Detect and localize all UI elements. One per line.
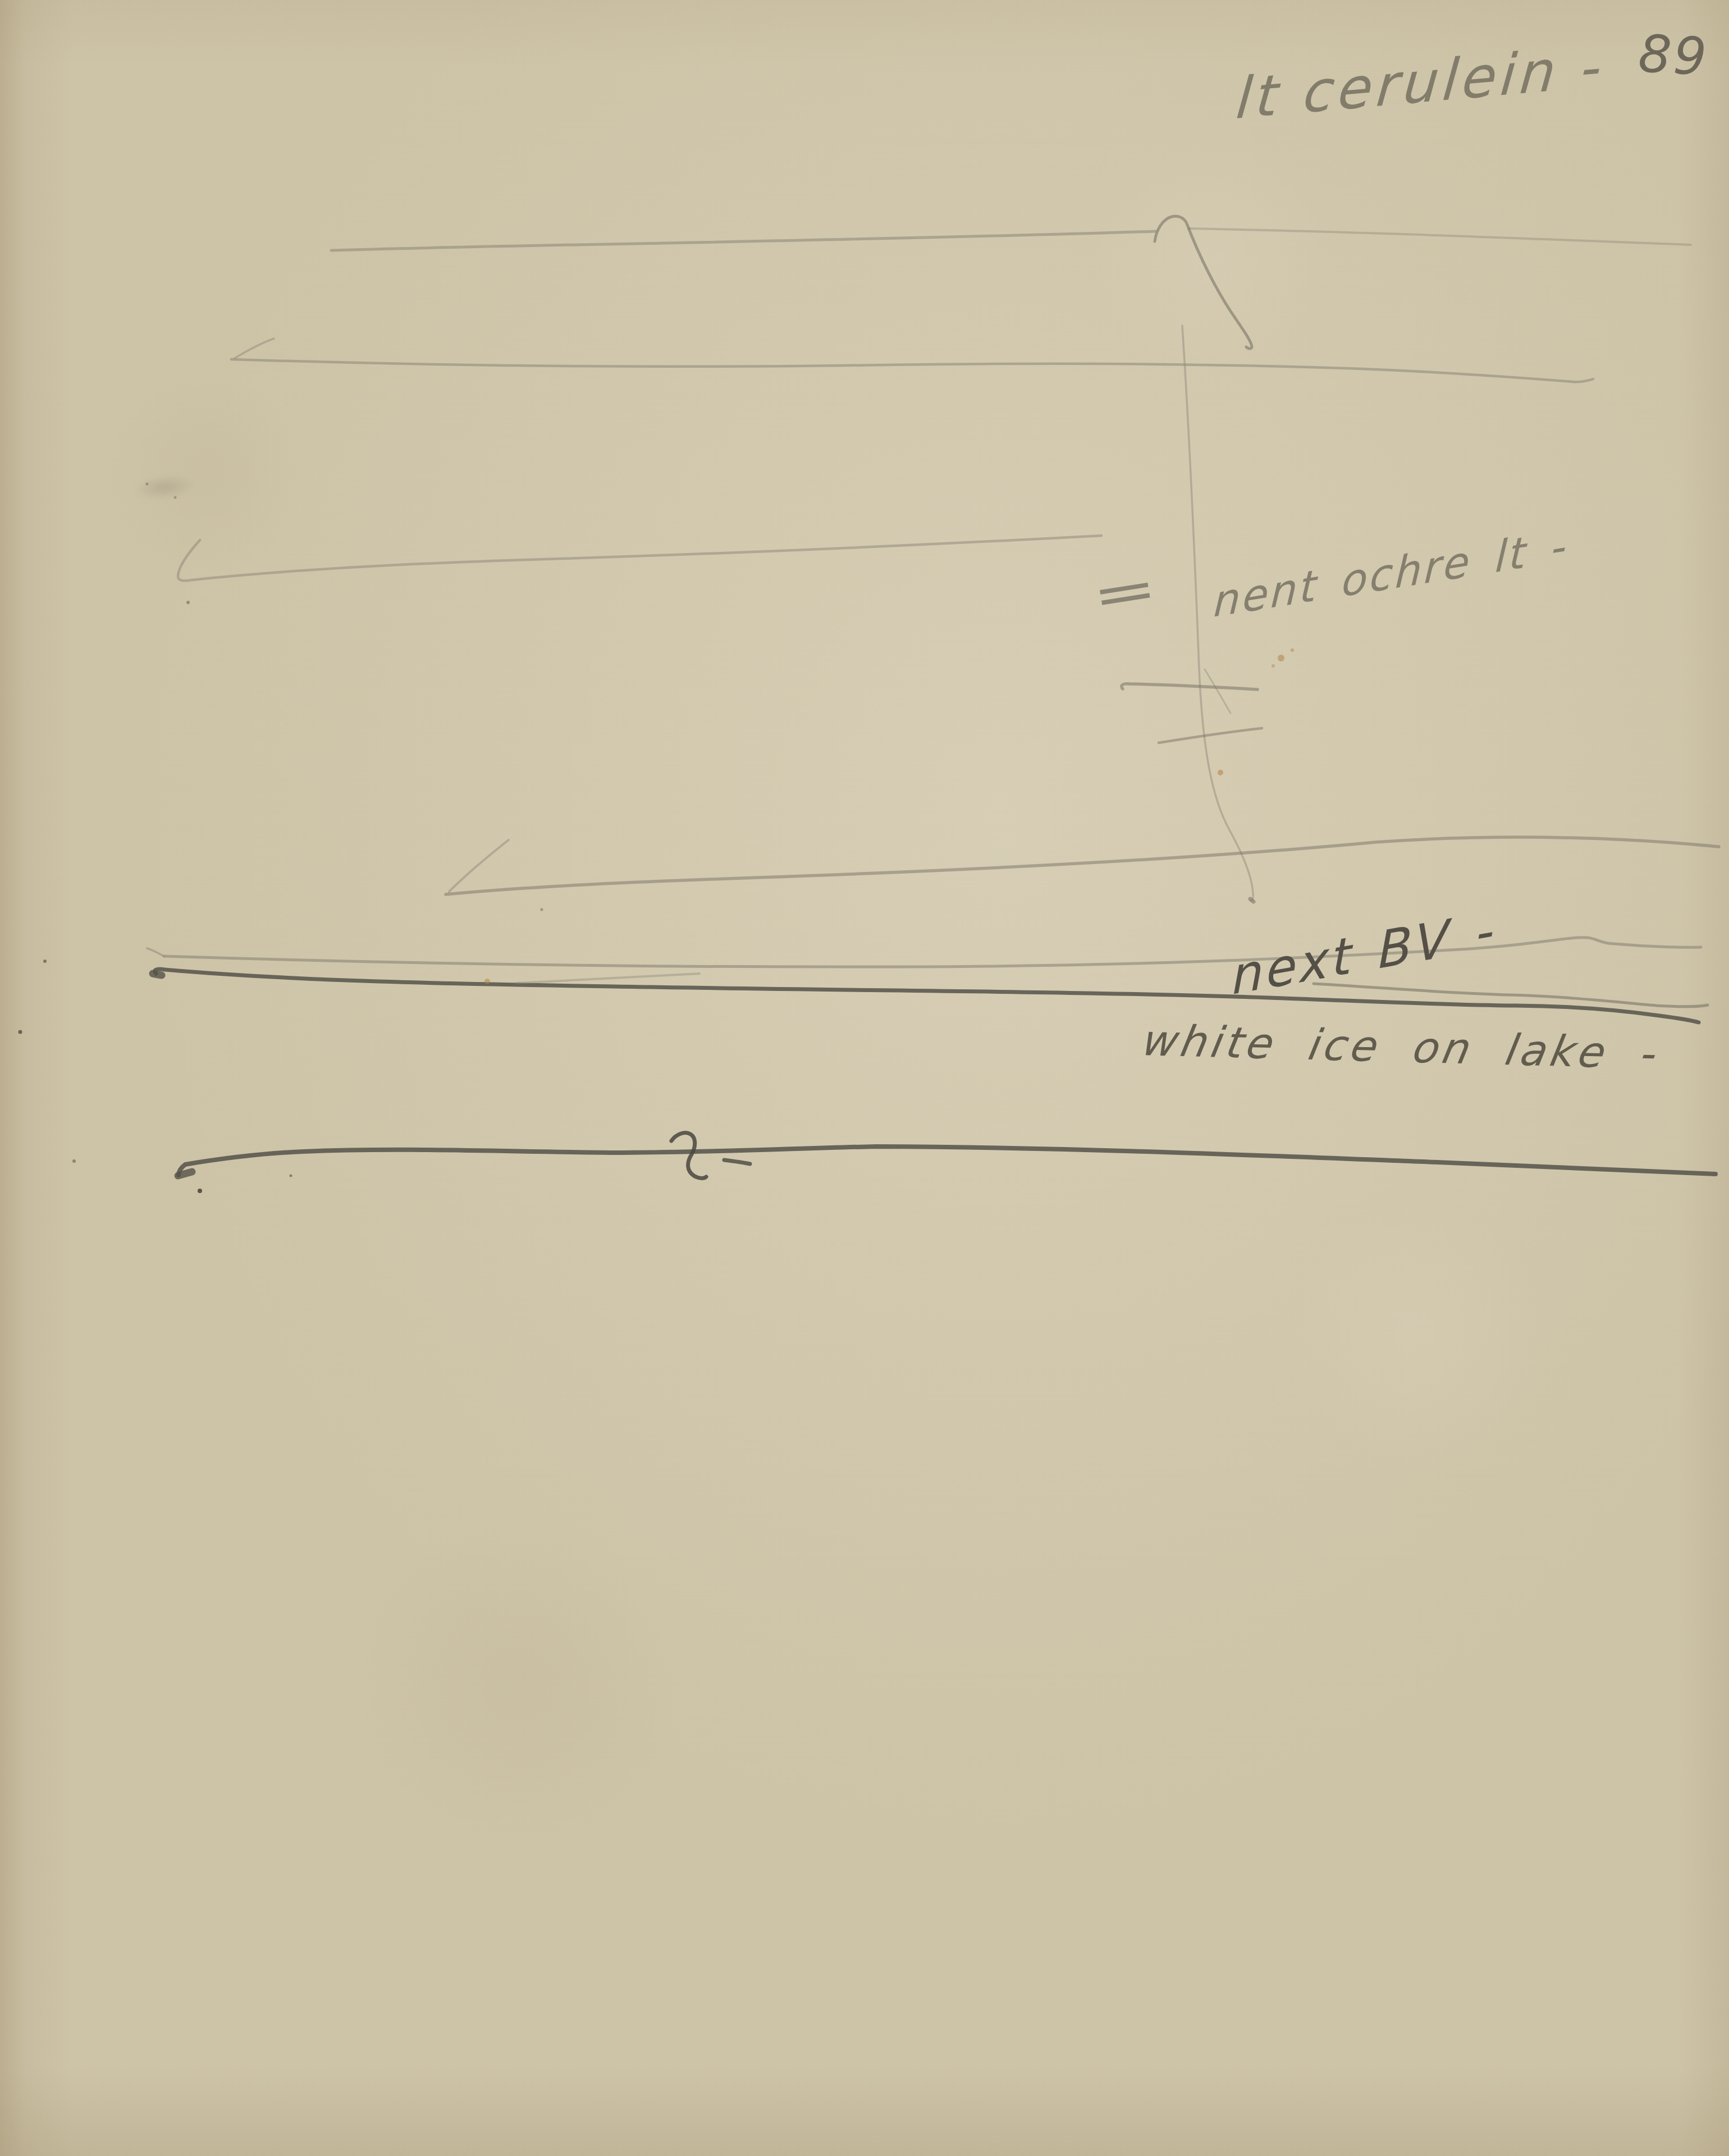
dark-speck [146,483,149,486]
dark-speck [43,960,47,963]
dark-speck [541,908,543,911]
bottom-line-start-blob [178,1172,192,1176]
squiggle-mark [671,1133,706,1179]
dark-speck [290,1175,292,1177]
horizon-start-tick [147,948,164,956]
crossing-diagonal-short [1205,669,1231,713]
top-line-left [331,231,1155,250]
equals-mark: = [1088,557,1161,628]
squiggle-dash [724,1160,750,1164]
second-line-start-tick [235,339,274,358]
foxing-spot [1218,770,1223,775]
top-hook-stroke [1155,216,1252,349]
dark-speck [186,601,190,604]
dark-speck [174,496,177,499]
horizon-extra-stroke [516,974,699,983]
dark-speck [198,1189,202,1193]
foxing-spot [1291,648,1294,652]
dark-speck [19,1030,22,1034]
vertical-guide-end-dot [1250,899,1254,902]
foxing-spot [1278,655,1284,661]
third-line [178,536,1101,581]
ochre-underline-upper [1122,684,1257,689]
page-number: 89 [1637,24,1710,87]
horizon-dark-line [155,969,1699,1022]
dark-speck [72,1159,76,1163]
foxing-spot [1271,664,1275,668]
foxing-spot [484,979,490,984]
fourth-line-start-tick [449,840,509,892]
pencil-sketch-layer [0,0,1729,2156]
ochre-underline-lower [1159,728,1262,743]
second-line [231,359,1593,382]
top-line-right-faint [1189,229,1691,245]
horizon-dark-start-blob [153,974,162,975]
bottom-line [179,1146,1716,1175]
sketchbook-page: 89 lt cerulein - = nent ochre lt - next … [0,0,1729,2156]
fourth-line [446,837,1719,894]
